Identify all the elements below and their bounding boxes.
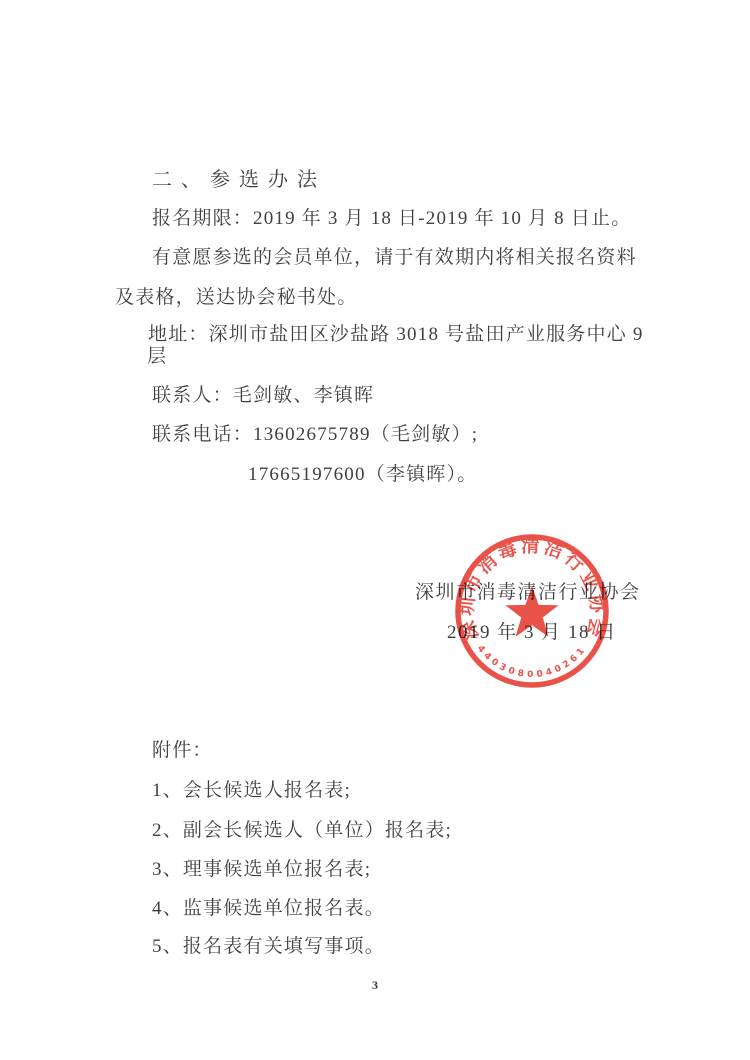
attachment-item: 5、报名表有关填写事项。	[152, 936, 385, 959]
official-seal-stamp: 深圳市消毒清洁行业协会 4403080040261	[451, 530, 613, 692]
address-line-2: 层	[147, 346, 167, 369]
intent-line-1: 有意愿参选的会员单位，请于有效期内将相关报名资料	[152, 247, 637, 270]
deadline-line: 报名期限：2019 年 3 月 18 日-2019 年 10 月 8 日止。	[152, 208, 631, 231]
intent-line-2: 及表格，送达协会秘书处。	[115, 287, 357, 310]
phone-line-2: 17665197600（李镇晖）。	[248, 464, 477, 487]
document-page: 二、参选办法 报名期限：2019 年 3 月 18 日-2019 年 10 月 …	[0, 0, 750, 1060]
section-heading: 二、参选办法	[152, 168, 326, 192]
page-number: 3	[0, 978, 750, 993]
attachment-item: 1、会长候选人报名表;	[152, 780, 351, 803]
contact-person-line: 联系人：毛剑敏、李镇晖	[152, 385, 374, 408]
attachments-heading: 附件：	[152, 740, 213, 763]
phone-line-1: 联系电话：13602675789（毛剑敏）;	[152, 424, 478, 447]
seal-star-icon	[505, 586, 558, 637]
attachment-item: 2、副会长候选人（单位）报名表;	[152, 820, 452, 843]
attachment-item: 3、理事候选单位报名表;	[152, 859, 371, 882]
attachment-item: 4、监事候选单位报名表。	[152, 898, 385, 921]
address-line-1: 地址：深圳市盐田区沙盐路 3018 号盐田产业服务中心 9	[148, 324, 644, 347]
